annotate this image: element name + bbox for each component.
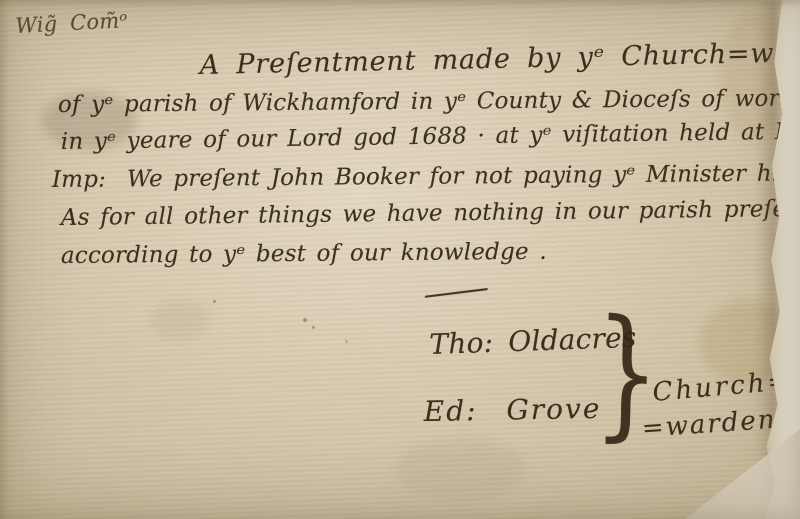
body-line: Imp: We preſent John Booker for not payi…: [52, 160, 800, 193]
body-line: As for all other things we have nothing …: [61, 195, 800, 231]
presentment-heading: A Preſentment made by yᵉ Church=wardens: [199, 36, 800, 81]
marginal-annotation: Wig̃ Com̃ᵒ: [15, 8, 128, 38]
churchwardens-label-line1: Church=: [651, 366, 793, 408]
ink-speck: [312, 326, 315, 329]
body-line: according to yᵉ best of our knowledge .: [61, 239, 547, 269]
ink-speck: [345, 340, 348, 343]
paper-stain: [150, 300, 210, 340]
paper-stain: [395, 438, 525, 500]
torn-edge-right: [760, 0, 800, 519]
signature-ed-grove: Ed: Grove: [423, 392, 601, 428]
torn-corner-bottom-right: [685, 429, 800, 519]
body-line: of yᵉ parish of Wickhamford in yᵉ County…: [58, 85, 800, 118]
body-line: in yᵉ yeare of our Lord god 1688 · at yᵉ…: [61, 117, 800, 155]
ink-speck: [213, 300, 216, 303]
manuscript-photo: Wig̃ Com̃ᵒ A Preſentment made by yᵉ Chur…: [0, 0, 800, 519]
churchwardens-label-line2: =wardens: [641, 404, 793, 444]
paper-edge-top: [0, 0, 800, 8]
ink-dash-divider: —: [420, 270, 493, 313]
paper-edge-left: [0, 0, 9, 519]
ink-speck: [303, 318, 307, 322]
torn-edge-shadow: [756, 0, 778, 519]
